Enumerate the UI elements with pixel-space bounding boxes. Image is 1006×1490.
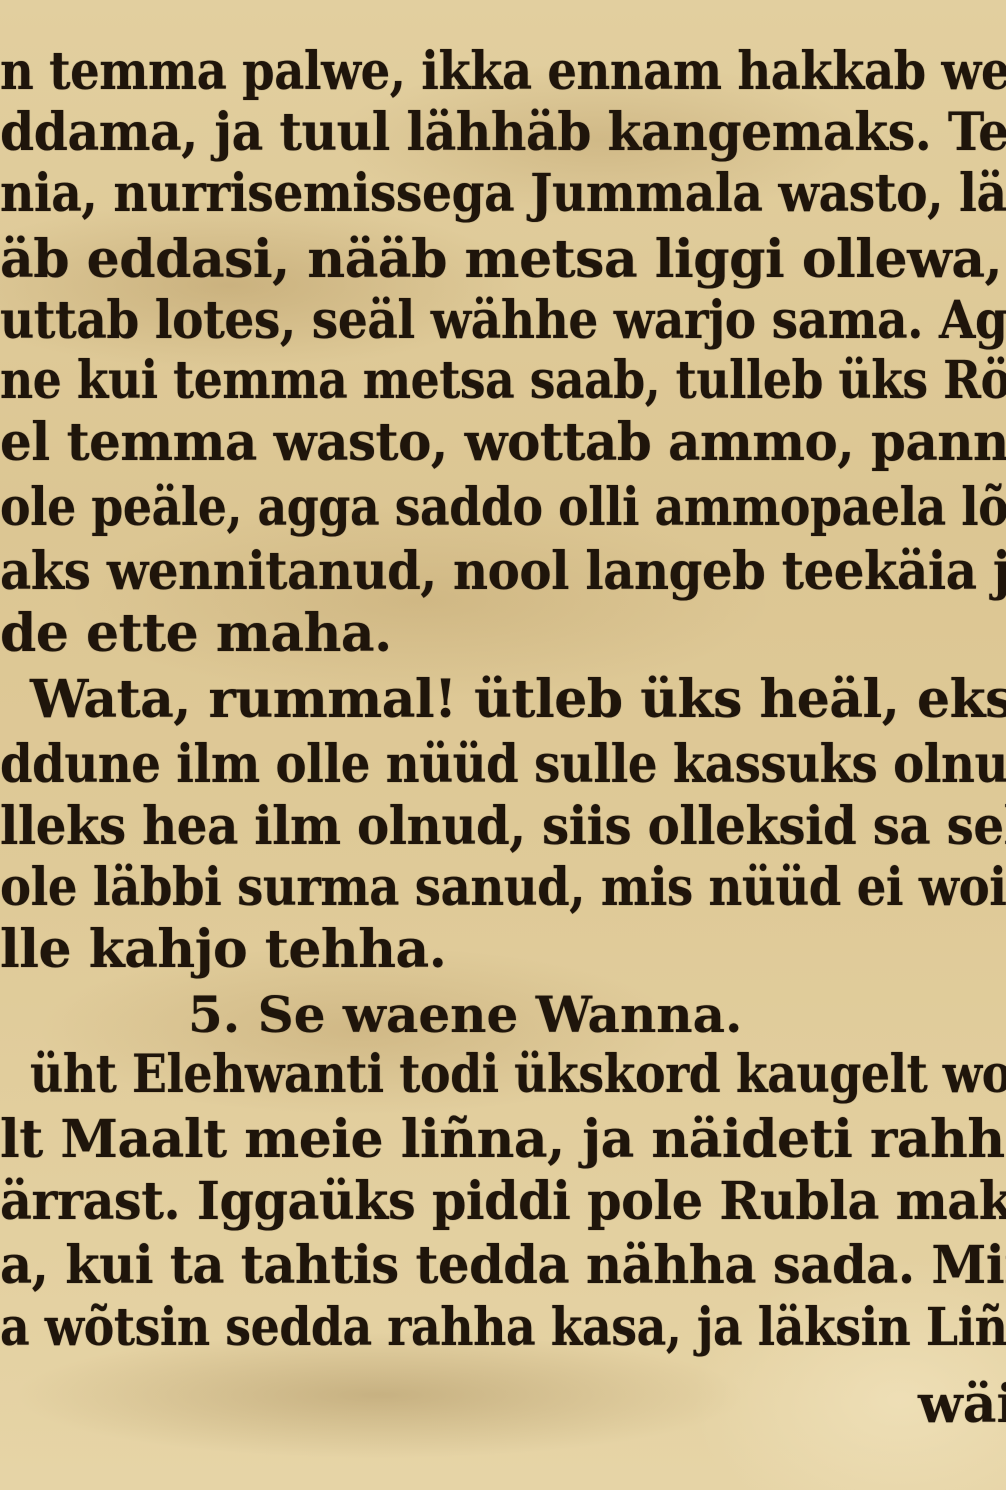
text-line-2: ddama, ja tuul lähhäb kangemaks. Tee <box>0 103 1006 163</box>
text-line-9: aks wennitanud, nool langeb teekäia ja <box>0 542 1006 602</box>
text-line-4: äb eddasi, nääb metsa liggi ollewa, j <box>0 230 1006 290</box>
text-line-14: ole läbbi surma sanud, mis nüüd ei woin <box>0 858 1006 918</box>
text-line-8: ole peäle, agga saddo olli ammopaela lõd <box>0 478 1006 538</box>
text-line-6: ne kui temma metsa saab, tulleb üks Röö <box>0 351 1006 411</box>
document-page: n temma palwe, ikka ennam hakkab wee dda… <box>0 0 1006 1490</box>
text-line-15: lle kahjo tehha. <box>0 920 446 980</box>
text-line-16: üht Elehwanti todi ükskord kaugelt woe <box>30 1045 1006 1105</box>
text-line-17: lt Maalt meie liñna, ja näideti rahh <box>0 1110 1005 1170</box>
section-heading: 5. Se waene Wanna. <box>188 985 742 1045</box>
text-line-7: el temma wasto, wottab ammo, panne <box>0 413 1006 473</box>
text-line-12: ddune ilm olle nüüd sulle kassuks olnud <box>0 735 1006 795</box>
text-line-11: Wata, rummal! ütleb üks heäl, eks <box>30 670 1006 730</box>
text-line-5: uttab lotes, seäl wähhe warjo sama. Agg <box>0 291 1006 351</box>
text-line-20: a wõtsin sedda rahha kasa, ja läksin Liñ… <box>0 1298 1006 1358</box>
text-line-18: ärrast. Iggaüks piddi pole Rubla maks <box>0 1172 1006 1232</box>
catchword: wäi <box>918 1375 1006 1435</box>
text-line-1: n temma palwe, ikka ennam hakkab wee <box>0 42 1006 102</box>
text-line-3: nia, nurrisemissega Jummala wasto, läh <box>0 164 1006 224</box>
text-line-13: lleks hea ilm olnud, siis olleksid sa se… <box>0 797 1006 857</box>
text-line-19: a, kui ta tahtis tedda nähha sada. Min <box>0 1236 1006 1296</box>
text-line-10: de ette maha. <box>0 604 392 664</box>
